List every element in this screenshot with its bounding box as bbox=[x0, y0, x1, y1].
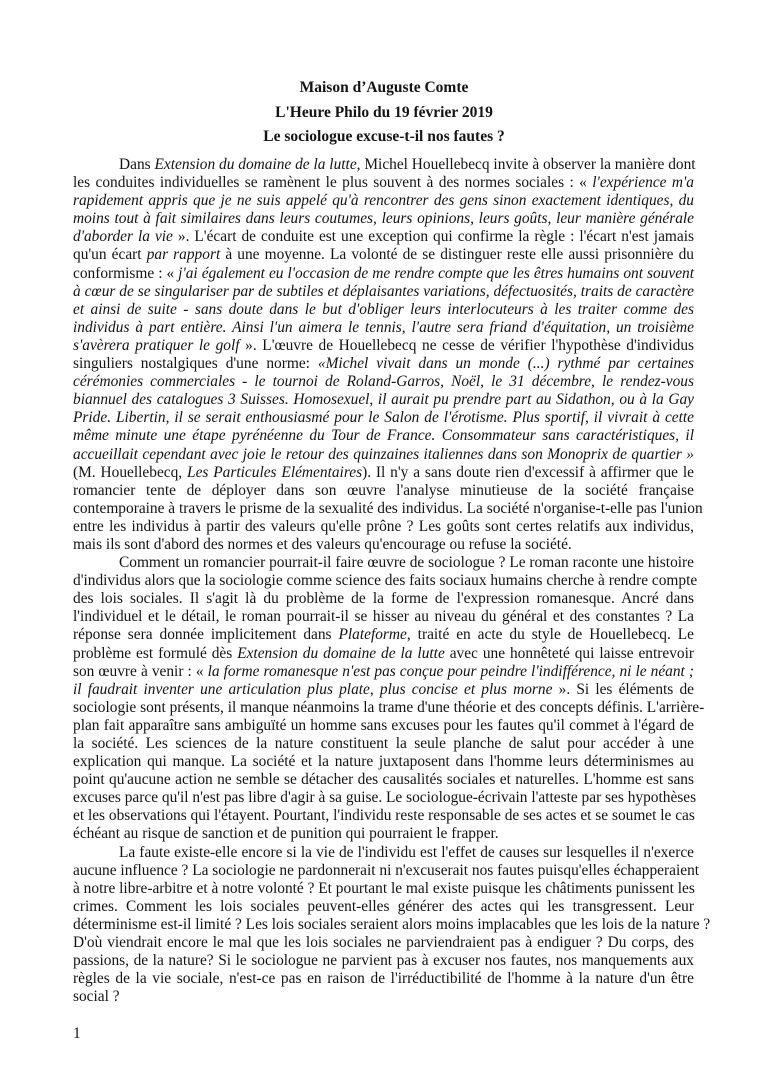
page-number: 1 bbox=[73, 1025, 81, 1043]
text-line: romancier tente de déployer dans son œuv… bbox=[73, 482, 694, 500]
text: sociologie sont présents, il manque néan… bbox=[73, 699, 704, 716]
text: crimes. Comment les lois sociales peuven… bbox=[73, 898, 694, 915]
italic-text: accueillait cependant avec joie le retou… bbox=[73, 446, 694, 463]
text: La faute existe-elle encore si la vie de… bbox=[119, 844, 694, 861]
institution-title: Maison d’Auguste Comte bbox=[0, 76, 768, 101]
text-line: entre les individus à partir des valeurs… bbox=[73, 518, 694, 536]
text: réponse sera donnée implicitement dans bbox=[73, 626, 338, 643]
italic-text: Les Particules Elémentaires bbox=[187, 464, 362, 481]
text: point qu'aucune action ne semble se déta… bbox=[73, 771, 694, 788]
text-line: qu'un écart par rapport à une moyenne. L… bbox=[73, 246, 694, 264]
text: d'individus alors que la sociologie comm… bbox=[73, 572, 697, 589]
text: ». L'œuvre de Houellebecq ne cesse de vé… bbox=[240, 337, 694, 354]
italic-text: l'expérience m'a bbox=[592, 174, 694, 191]
event-date-title: L'Heure Philo du 19 février 2019 bbox=[0, 101, 768, 126]
text-line: la société. Les sciences de la nature co… bbox=[73, 735, 694, 753]
text: qu'un écart bbox=[73, 246, 147, 263]
text: passions, de la nature? Si le sociologue… bbox=[73, 952, 694, 969]
text-line: à notre libre-arbitre et à notre volonté… bbox=[73, 880, 694, 898]
text-line: même minute une étape pyrénéenne du Tour… bbox=[73, 427, 694, 445]
text-line: point qu'aucune action ne semble se déta… bbox=[73, 771, 694, 789]
italic-text: «Michel vivait dans un monde (...) rythm… bbox=[318, 355, 694, 372]
text-line: excuses parce qu'il n'est pas libre d'ag… bbox=[73, 789, 694, 807]
italic-text: Plateforme bbox=[338, 626, 406, 643]
text-line: conformisme : « j'ai également eu l'occa… bbox=[73, 265, 694, 283]
text-line: explication qui manque. La société et la… bbox=[73, 753, 694, 771]
text-line: problème est formulé dès Extension du do… bbox=[73, 645, 694, 663]
text: , traité en acte du style de Houellebecq… bbox=[407, 626, 694, 643]
text: romancier tente de déployer dans son œuv… bbox=[73, 482, 694, 499]
text: ». L'écart de conduite est une exception… bbox=[173, 228, 694, 245]
text-line: cérémonies commerciales - le tournoi de … bbox=[73, 373, 694, 391]
text-line: sociologie sont présents, il manque néan… bbox=[73, 699, 694, 717]
text-line: réponse sera donnée implicitement dans P… bbox=[73, 626, 694, 644]
text: social ? bbox=[73, 988, 120, 1005]
text: mais ils sont d'abord des normes et des … bbox=[73, 536, 572, 553]
text: des lois sociales. Il s'agit là du probl… bbox=[73, 590, 694, 607]
text: déterminisme est-il limité ? Les lois so… bbox=[73, 916, 710, 933]
text-line: d'aborder la vie ». L'écart de conduite … bbox=[73, 228, 694, 246]
essay-title: Le sociologue excuse-t-il nos fautes ? bbox=[0, 125, 768, 150]
text: conformisme : « bbox=[73, 265, 178, 282]
text-line: échéant au risque de sanction et de puni… bbox=[73, 825, 694, 843]
text-line: et ainsi de suite - sans doute dans le b… bbox=[73, 301, 694, 319]
text-line: l'individuel et le détail, le roman pour… bbox=[73, 608, 694, 626]
text: avec une honnêteté qui laisse entrevoir bbox=[445, 645, 694, 662]
text: échéant au risque de sanction et de puni… bbox=[73, 825, 499, 842]
text-line: biannuel des catalogues 3 Suisses. Homos… bbox=[73, 391, 694, 409]
text-line: déterminisme est-il limité ? Les lois so… bbox=[73, 916, 694, 934]
italic-text: j'ai également eu l'occasion de me rendr… bbox=[178, 265, 694, 282]
text-line: aucune influence ? La sociologie ne pard… bbox=[73, 862, 694, 880]
paragraph: La faute existe-elle encore si la vie de… bbox=[73, 844, 694, 1007]
italic-text: individus à part entière. Ainsi l'un aim… bbox=[73, 319, 694, 336]
text-line: individus à part entière. Ainsi l'un aim… bbox=[73, 319, 694, 337]
italic-text: Pride. Libertin, il se serait enthousias… bbox=[73, 409, 694, 426]
text-line: son œuvre à venir : « la forme romanesqu… bbox=[73, 663, 694, 681]
text: à une moyenne. La volonté de se distingu… bbox=[220, 246, 694, 263]
text-line: les conduites individuelles se ramènent … bbox=[73, 174, 694, 192]
text: , Michel Houellebecq invite à observer l… bbox=[357, 156, 696, 173]
italic-text: par rapport bbox=[147, 246, 221, 263]
italic-text: biannuel des catalogues 3 Suisses. Homos… bbox=[73, 391, 694, 408]
text-line: il faudrait inventer une articulation pl… bbox=[73, 681, 694, 699]
text-line: singuliers nostalgiques d'une norme: «Mi… bbox=[73, 355, 694, 373]
text-line: et les observations qui l'étayent. Pourt… bbox=[73, 807, 694, 825]
text-line: plan fait apparaître sans ambiguïté un h… bbox=[73, 717, 694, 735]
text-line: des lois sociales. Il s'agit là du probl… bbox=[73, 590, 694, 608]
text-line: s'avèrera pratiquer le golf ». L'œuvre d… bbox=[73, 337, 694, 355]
paragraph: Comment un romancier pourrait-il faire œ… bbox=[73, 554, 694, 844]
text-line: rapidement appris que je ne suis appelé … bbox=[73, 192, 694, 210]
italic-text: moins tout à fait similaires dans leurs … bbox=[73, 210, 694, 227]
text-line: accueillait cependant avec joie le retou… bbox=[73, 446, 694, 464]
text: aucune influence ? La sociologie ne pard… bbox=[73, 862, 699, 879]
italic-text: à cœur de se singulariser par de subtile… bbox=[73, 283, 694, 300]
text: l'individuel et le détail, le roman pour… bbox=[73, 608, 694, 625]
paragraph: Dans Extension du domaine de la lutte, M… bbox=[73, 156, 694, 554]
italic-text: il faudrait inventer une articulation pl… bbox=[73, 681, 552, 698]
text-line: La faute existe-elle encore si la vie de… bbox=[73, 844, 694, 862]
text: plan fait apparaître sans ambiguïté un h… bbox=[73, 717, 694, 734]
italic-text: et ainsi de suite - sans doute dans le b… bbox=[73, 301, 694, 318]
italic-text: Extension du domaine de la lutte bbox=[154, 156, 356, 173]
text: excuses parce qu'il n'est pas libre d'ag… bbox=[73, 789, 696, 806]
text-line: Pride. Libertin, il se serait enthousias… bbox=[73, 409, 694, 427]
text-line: à cœur de se singulariser par de subtile… bbox=[73, 283, 694, 301]
text: Dans bbox=[119, 156, 154, 173]
text: D'où viendrait encore le mal que les loi… bbox=[73, 934, 694, 951]
text: contemporaine à travers le prisme de la … bbox=[73, 500, 703, 517]
text-line: d'individus alors que la sociologie comm… bbox=[73, 572, 694, 590]
italic-text: même minute une étape pyrénéenne du Tour… bbox=[73, 427, 694, 444]
text-line: passions, de la nature? Si le sociologue… bbox=[73, 952, 694, 970]
text-line: social ? bbox=[73, 988, 694, 1006]
text: explication qui manque. La société et la… bbox=[73, 753, 694, 770]
text: (M. Houellebecq, bbox=[73, 464, 187, 481]
text: la société. Les sciences de la nature co… bbox=[73, 735, 694, 752]
text: ). Il n'y a sans doute rien d'excessif à… bbox=[362, 464, 694, 481]
text-line: règles de la vie sociale, n'est-ce pas e… bbox=[73, 970, 694, 988]
text: règles de la vie sociale, n'est-ce pas e… bbox=[73, 970, 694, 987]
text: entre les individus à partir des valeurs… bbox=[73, 518, 694, 535]
text: à notre libre-arbitre et à notre volonté… bbox=[73, 880, 695, 897]
italic-text: cérémonies commerciales - le tournoi de … bbox=[73, 373, 694, 390]
text-line: mais ils sont d'abord des normes et des … bbox=[73, 536, 694, 554]
italic-text: d'aborder la vie bbox=[73, 228, 173, 245]
italic-text: rapidement appris que je ne suis appelé … bbox=[73, 192, 694, 209]
text: ». Si les éléments de bbox=[552, 681, 694, 698]
text-line: D'où viendrait encore le mal que les loi… bbox=[73, 934, 694, 952]
document-body: Dans Extension du domaine de la lutte, M… bbox=[73, 156, 694, 1006]
text-line: Dans Extension du domaine de la lutte, M… bbox=[73, 156, 694, 174]
text-line: contemporaine à travers le prisme de la … bbox=[73, 500, 694, 518]
text: son œuvre à venir : « bbox=[73, 663, 208, 680]
text: singuliers nostalgiques d'une norme: bbox=[73, 355, 318, 372]
text: problème est formulé dès bbox=[73, 645, 237, 662]
document-page: Maison d’Auguste Comte L'Heure Philo du … bbox=[0, 0, 768, 1087]
italic-text: Extension du domaine de la lutte bbox=[237, 645, 445, 662]
text: les conduites individuelles se ramènent … bbox=[73, 174, 592, 191]
italic-text: la forme romanesque n'est pas conçue pou… bbox=[208, 663, 694, 680]
text-line: moins tout à fait similaires dans leurs … bbox=[73, 210, 694, 228]
text: Comment un romancier pourrait-il faire œ… bbox=[119, 554, 694, 571]
text-line: crimes. Comment les lois sociales peuven… bbox=[73, 898, 694, 916]
document-header: Maison d’Auguste Comte L'Heure Philo du … bbox=[0, 76, 768, 150]
text: et les observations qui l'étayent. Pourt… bbox=[73, 807, 695, 824]
text-line: Comment un romancier pourrait-il faire œ… bbox=[73, 554, 694, 572]
italic-text: s'avèrera pratiquer le golf bbox=[73, 337, 240, 354]
text-line: (M. Houellebecq, Les Particules Elémenta… bbox=[73, 464, 694, 482]
